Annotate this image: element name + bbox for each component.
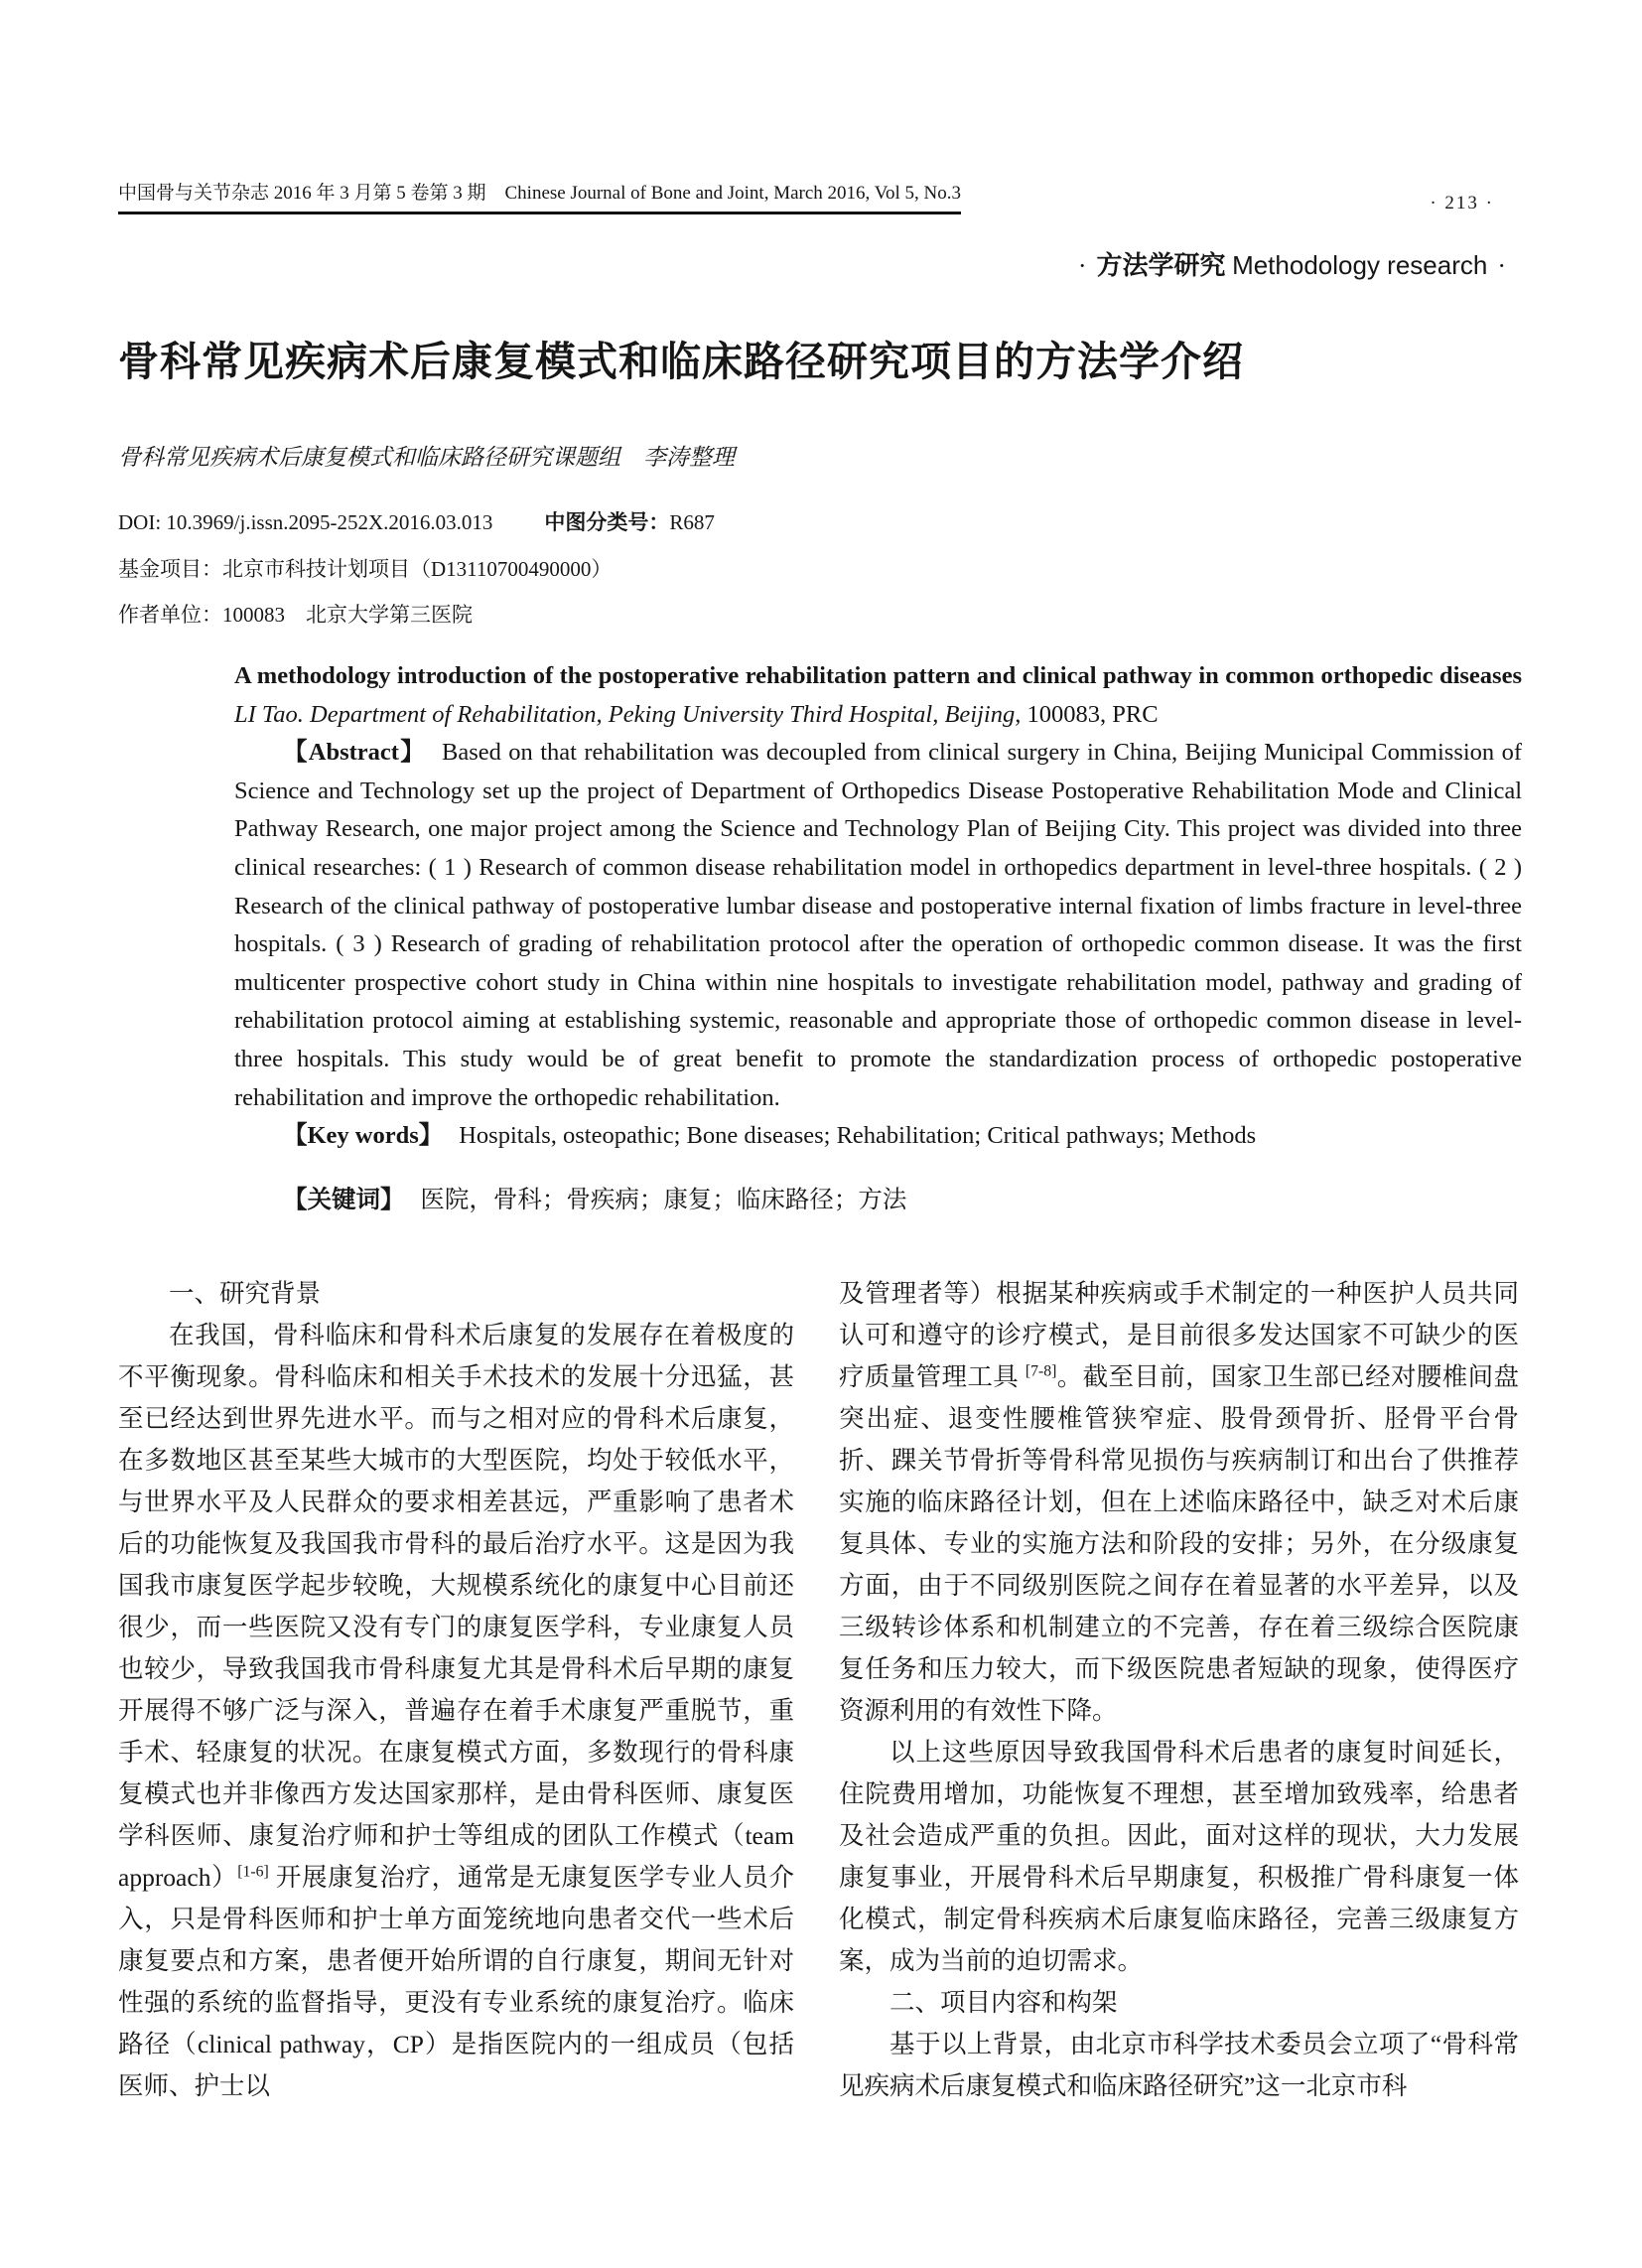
right-column: 及管理者等）根据某种疾病或手术制定的一种医护人员共同认可和遵守的诊疗模式，是目前…: [839, 1273, 1519, 2107]
background-text-a: 在我国，骨科临床和骨科术后康复的发展存在着极度的不平衡现象。骨科临床和相关手术技…: [118, 1321, 794, 1892]
journal-citation-line: 中国骨与关节杂志 2016 年 3 月第 5 卷第 3 期 Chinese Jo…: [118, 182, 961, 214]
fund-value: 北京市科技计划项目（D13110700490000）: [222, 557, 612, 581]
section-heading-2: 二、项目内容和构架: [839, 1982, 1519, 2024]
clc-label: 中图分类号：: [544, 511, 669, 534]
body-columns: 一、研究背景 在我国，骨科临床和骨科术后康复的发展存在着极度的不平衡现象。骨科临…: [118, 1273, 1522, 2107]
article-meta: DOI: 10.3969/j.issn.2095-252X.2016.03.01…: [118, 499, 1522, 638]
separator-dot: ·: [1487, 251, 1516, 280]
affiliation-line: 作者单位：100083 北京大学第三医院: [118, 592, 1522, 638]
chinese-keywords-label: 【关键词】: [283, 1187, 405, 1213]
doi-value: DOI: 10.3969/j.issn.2095-252X.2016.03.01…: [118, 510, 492, 534]
background-text-b: 开展康复治疗，通常是无康复医学专业人员介入，只是骨科医师和护士单方面笼统地向患者…: [118, 1863, 794, 2100]
page-number: · 213 ·: [1430, 192, 1522, 214]
reference-superscript: [7-8]: [1026, 1363, 1057, 1380]
section-label-en: Methodology research: [1232, 250, 1487, 280]
english-title: A methodology introduction of the postop…: [234, 662, 1522, 689]
english-keywords-label: 【Key words】: [283, 1122, 443, 1149]
chinese-keywords-text: 医院，骨科；骨疾病；康复；临床路径；方法: [420, 1187, 906, 1213]
english-keywords-text: Hospitals, osteopathic; Bone diseases; R…: [459, 1122, 1256, 1149]
section-label-zh: 方法学研究: [1097, 250, 1226, 280]
article-title: 骨科常见疾病术后康复模式和临床路径研究项目的方法学介绍: [118, 337, 1522, 386]
abstract-paragraph: 【Abstract】Based on that rehabilitation w…: [234, 734, 1522, 1117]
section-label: ·方法学研究 Methodology research·: [118, 250, 1522, 281]
journal-page: 中国骨与关节杂志 2016 年 3 月第 5 卷第 3 期 Chinese Jo…: [0, 0, 1642, 2268]
section-heading-1: 一、研究背景: [118, 1273, 794, 1315]
affiliation-value: 100083 北京大学第三医院: [222, 603, 473, 627]
chinese-keywords-line: 【关键词】医院，骨科；骨疾病；康复；临床路径；方法: [234, 1182, 1522, 1220]
project-paragraph: 基于以上背景，由北京市科学技术委员会立项了“骨科常见疾病术后康复模式和临床路径研…: [839, 2024, 1519, 2107]
clc-value: R687: [669, 510, 715, 534]
left-column: 一、研究背景 在我国，骨科临床和骨科术后康复的发展存在着极度的不平衡现象。骨科临…: [118, 1273, 794, 2107]
doi-line: DOI: 10.3969/j.issn.2095-252X.2016.03.01…: [118, 499, 1522, 546]
reference-superscript: [1-6]: [237, 1864, 269, 1881]
english-title-line: A methodology introduction of the postop…: [234, 657, 1522, 734]
background-cont-text-b: 。截至目前，国家卫生部已经对腰椎间盘突出症、退变性腰椎管狭窄症、股骨颈骨折、胫骨…: [839, 1362, 1519, 1725]
background-paragraph-continued: 及管理者等）根据某种疾病或手术制定的一种医护人员共同认可和遵守的诊疗模式，是目前…: [839, 1273, 1519, 1732]
running-head: 中国骨与关节杂志 2016 年 3 月第 5 卷第 3 期 Chinese Jo…: [118, 0, 1522, 214]
fund-line: 基金项目：北京市科技计划项目（D13110700490000）: [118, 546, 1522, 592]
english-abstract-block: A methodology introduction of the postop…: [234, 657, 1522, 1219]
english-keywords-line: 【Key words】Hospitals, osteopathic; Bone …: [234, 1117, 1522, 1156]
abstract-label: 【Abstract】: [283, 739, 426, 766]
article-byline: 骨科常见疾病术后康复模式和临床路径研究课题组 李涛整理: [118, 444, 1522, 472]
affiliation-label: 作者单位：: [118, 603, 222, 627]
fund-label: 基金项目：: [118, 557, 222, 581]
english-authors-postcode: 100083, PRC: [1021, 701, 1158, 728]
background-paragraph: 在我国，骨科临床和骨科术后康复的发展存在着极度的不平衡现象。骨科临床和相关手术技…: [118, 1315, 794, 2107]
english-authors: LI Tao. Department of Rehabilitation, Pe…: [234, 701, 1021, 728]
consequence-paragraph: 以上这些原因导致我国骨科术后患者的康复时间延长，住院费用增加，功能恢复不理想，甚…: [839, 1732, 1519, 1982]
separator-dot: ·: [1068, 251, 1097, 280]
page-content: 中国骨与关节杂志 2016 年 3 月第 5 卷第 3 期 Chinese Jo…: [118, 0, 1522, 2107]
abstract-text: Based on that rehabilitation was decoupl…: [234, 739, 1522, 1110]
